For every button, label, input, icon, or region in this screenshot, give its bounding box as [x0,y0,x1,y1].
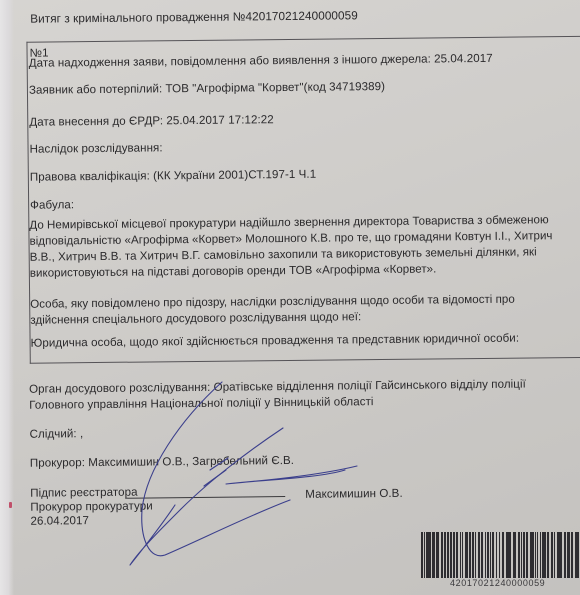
investigator: Слідчий: , [29,427,83,441]
authority-line-2: Головного управління Національної поліці… [29,395,373,412]
erdr-date: Дата внесення до ЄРДР: 25.04.2017 17:12:… [29,113,274,129]
document-page: Витяг з кримінального провадження №42017… [0,0,580,595]
signature-line [125,496,285,499]
signature-date: 26.04.2017 [30,514,89,528]
registrar-label: Підпис реєстратора [30,486,138,500]
barcode [421,532,580,578]
prosecutor: Прокурор: Максимишин О.В., Загребельний … [30,454,294,470]
fabula-text: До Немирівської місцевої прокуратури над… [29,212,570,282]
page-mark [9,502,12,508]
prosecutor-label: Прокурор прокуратури [30,499,153,513]
fabula-label: Фабула: [30,198,74,211]
signer-name: Максимишин О.В. [305,487,403,501]
authority-line-1: Орган досудового розслідування: Оратівсь… [29,378,526,396]
document-title: Витяг з кримінального провадження №42017… [30,8,358,25]
barcode-number: 42017021240000059 [450,578,545,588]
suspect-info: Особа, яку повідомлено про підозру, насл… [30,291,570,329]
investigation-result: Наслідок розслідування: [29,141,162,155]
